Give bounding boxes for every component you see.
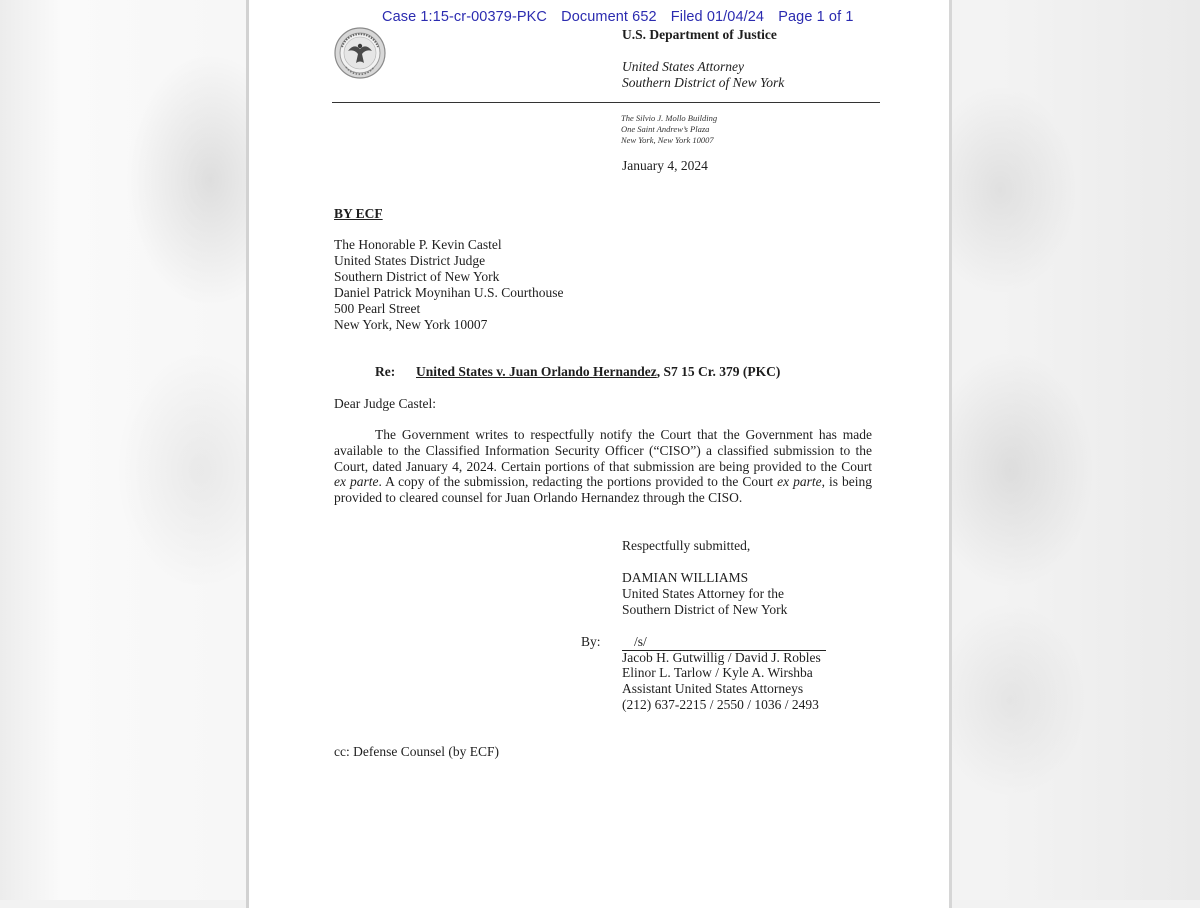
recipient-line: 500 Pearl Street — [334, 301, 563, 317]
re-subject: United States v. Juan Orlando Hernandez,… — [416, 364, 780, 380]
address-line-1: The Silvio J. Mollo Building — [621, 113, 717, 124]
cc-line: cc: Defense Counsel (by ECF) — [334, 744, 499, 760]
ex-parte-italic: ex parte — [334, 474, 379, 489]
agency-name: U.S. Department of Justice — [622, 27, 777, 43]
stamp-case-number: Case 1:15-cr-00379-PKC — [382, 9, 547, 25]
signers-line-1: Jacob H. Gutwillig / David J. Robles — [622, 650, 821, 666]
re-label: Re: — [375, 364, 395, 380]
signers-phone: (212) 637-2215 / 2550 / 1036 / 2493 — [622, 697, 819, 713]
letter-date: January 4, 2024 — [622, 158, 708, 174]
body-paragraph: The Government writes to respectfully no… — [334, 427, 872, 506]
stamp-document-number: Document 652 — [561, 9, 657, 25]
office-line-2: Southern District of New York — [622, 75, 784, 91]
document-page: Case 1:15-cr-00379-PKC Document 652 File… — [246, 0, 952, 900]
recipient-line: Daniel Patrick Moynihan U.S. Courthouse — [334, 285, 563, 301]
address-line-3: New York, New York 10007 — [621, 135, 714, 146]
signature-line: /s/ — [622, 634, 826, 651]
address-line-2: One Saint Andrew’s Plaza — [621, 124, 709, 135]
recipient-line: United States District Judge — [334, 253, 563, 269]
doj-seal-icon — [334, 27, 386, 79]
ex-parte-italic: ex parte — [777, 474, 822, 489]
signatory-title-2: Southern District of New York — [622, 602, 787, 618]
signers-title: Assistant United States Attorneys — [622, 681, 803, 697]
delivery-method: BY ECF — [334, 206, 383, 222]
recipient-line: Southern District of New York — [334, 269, 563, 285]
re-case-number: , S7 15 Cr. 379 (PKC) — [657, 364, 781, 379]
signatory-title-1: United States Attorney for the — [622, 586, 784, 602]
signatory-name: DAMIAN WILLIAMS — [622, 570, 748, 586]
stamp-page-count: Page 1 of 1 — [778, 9, 853, 25]
recipient-address: The Honorable P. Kevin Castel United Sta… — [334, 237, 563, 333]
valediction: Respectfully submitted, — [622, 538, 750, 554]
recipient-line: New York, New York 10007 — [334, 317, 563, 333]
filing-stamp: Case 1:15-cr-00379-PKC Document 652 File… — [382, 9, 864, 25]
salutation: Dear Judge Castel: — [334, 396, 436, 412]
re-case-name: United States v. Juan Orlando Hernandez — [416, 364, 657, 379]
stamp-filed-date: Filed 01/04/24 — [671, 9, 764, 25]
by-label: By: — [581, 634, 601, 650]
signature: /s/ — [622, 634, 826, 651]
office-line-1: United States Attorney — [622, 59, 744, 75]
recipient-line: The Honorable P. Kevin Castel — [334, 237, 563, 253]
letterhead-divider — [332, 102, 880, 103]
signers-line-2: Elinor L. Tarlow / Kyle A. Wirshba — [622, 665, 813, 681]
